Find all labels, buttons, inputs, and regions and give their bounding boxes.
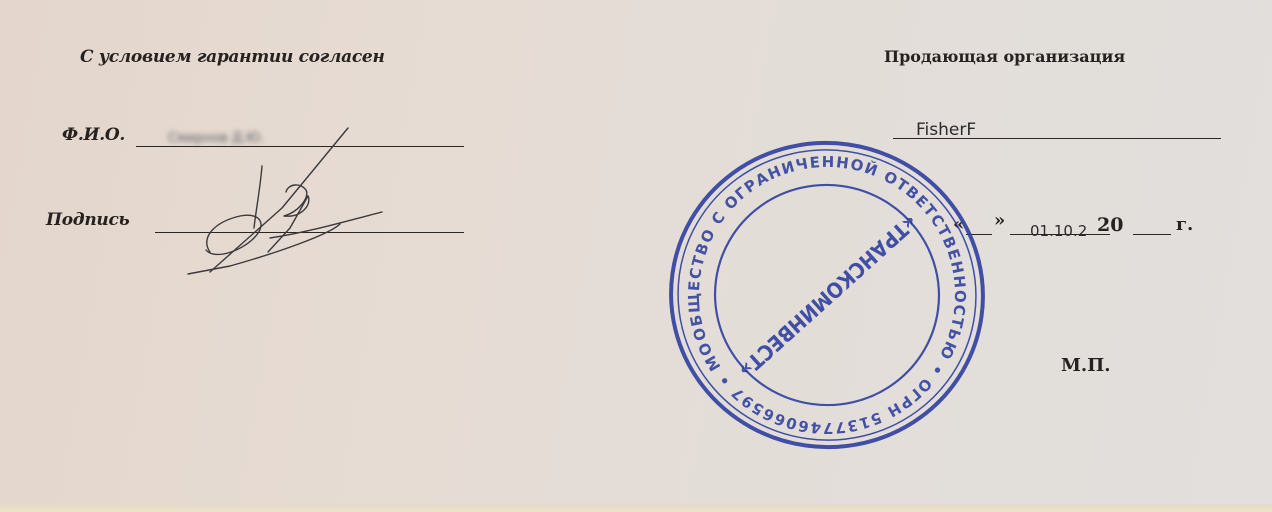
year-suffix: г. (1176, 214, 1193, 235)
seal-place-label: М.П. (1061, 355, 1110, 376)
date-close-quote: » (994, 210, 1005, 231)
date-value: 01.10.2 (1030, 222, 1087, 240)
signature-label: Подпись (46, 210, 129, 230)
consent-heading: С условием гарантии согласен (80, 47, 385, 67)
company-stamp: ОБЩЕСТВО С ОГРАНИЧЕННОЙ ОТВЕТСТВЕННОСТЬЮ… (662, 130, 992, 460)
year-prefix: 20 (1097, 214, 1123, 236)
fio-label: Ф.И.О. (62, 125, 125, 145)
stamp-center-text: «ТРАНСКОМИНВЕСТ» (734, 209, 922, 382)
page-edge (0, 504, 1272, 512)
seller-heading: Продающая организация (884, 47, 1125, 66)
handwritten-signature (170, 120, 400, 280)
year-line (1133, 234, 1171, 235)
